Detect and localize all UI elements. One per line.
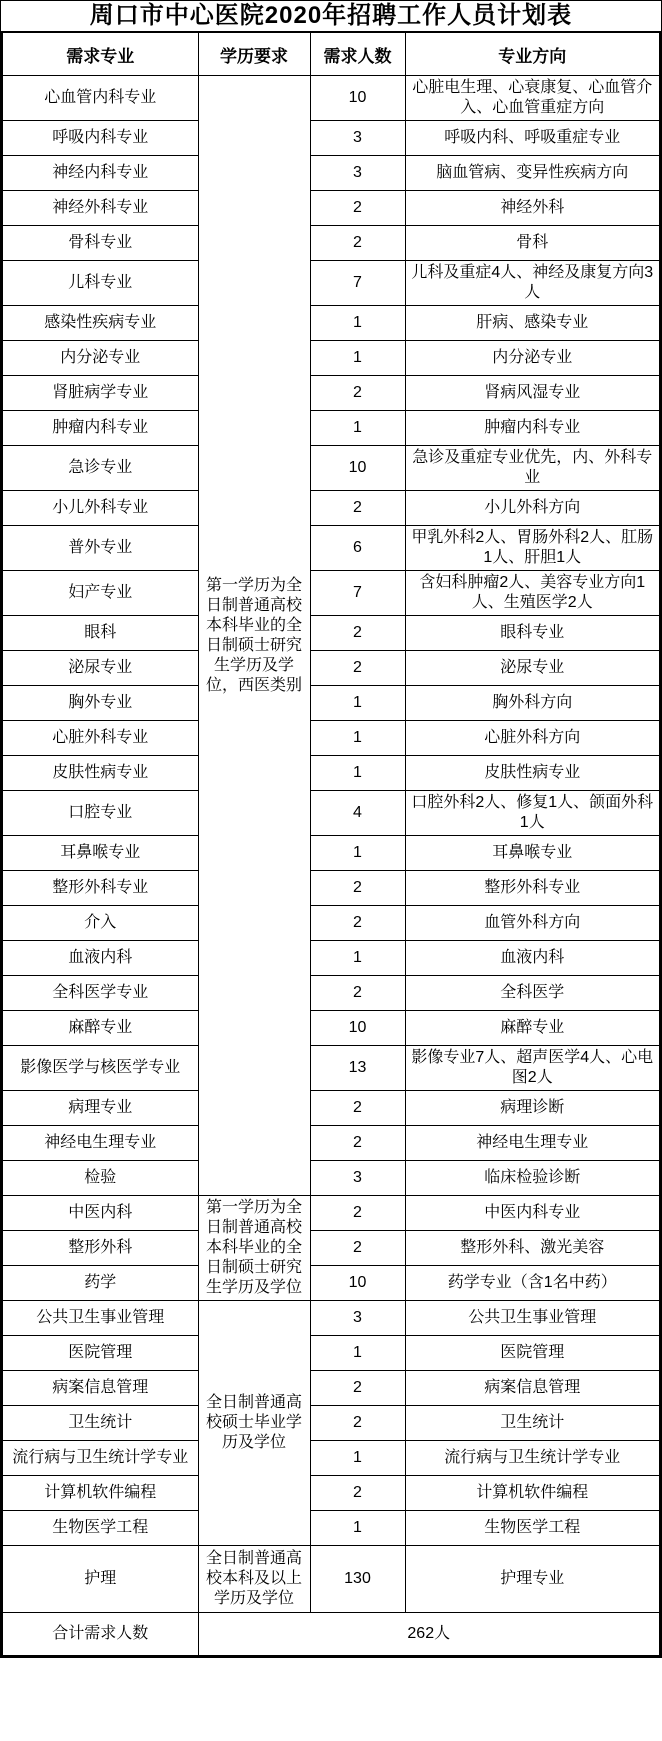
direction-cell: 神经外科	[405, 191, 660, 226]
direction-cell: 儿科及重症4人、神经及康复方向3人	[405, 261, 660, 306]
table-row: 病案信息管理2病案信息管理	[2, 1371, 660, 1406]
count-cell: 10	[310, 1011, 405, 1046]
table-row: 影像医学与核医学专业13影像专业7人、超声医学4人、心电图2人	[2, 1046, 660, 1091]
direction-cell: 临床检验诊断	[405, 1161, 660, 1196]
recruitment-plan-document: 周口市中心医院2020年招聘工作人员计划表 需求专业 学历要求 需求人数 专业方…	[0, 0, 662, 1658]
table-row: 耳鼻喉专业1耳鼻喉专业	[2, 836, 660, 871]
table-row: 神经内科专业3脑血管病、变异性疾病方向	[2, 156, 660, 191]
table-row: 感染性疾病专业1肝病、感染专业	[2, 306, 660, 341]
table-row: 介入2血管外科方向	[2, 906, 660, 941]
table-row: 整形外科专业2整形外科专业	[2, 871, 660, 906]
specialty-cell: 胸外专业	[2, 686, 198, 721]
column-header-education: 学历要求	[198, 32, 310, 76]
direction-cell: 病理诊断	[405, 1091, 660, 1126]
total-row: 合计需求人数 262人	[2, 1613, 660, 1657]
table-row: 流行病与卫生统计学专业1流行病与卫生统计学专业	[2, 1441, 660, 1476]
table-row: 神经电生理专业2神经电生理专业	[2, 1126, 660, 1161]
specialty-cell: 生物医学工程	[2, 1511, 198, 1546]
direction-cell: 耳鼻喉专业	[405, 836, 660, 871]
direction-cell: 中医内科专业	[405, 1196, 660, 1231]
table-row: 呼吸内科专业3呼吸内科、呼吸重症专业	[2, 121, 660, 156]
direction-cell: 血液内科	[405, 941, 660, 976]
specialty-cell: 血液内科	[2, 941, 198, 976]
count-cell: 1	[310, 941, 405, 976]
specialty-cell: 检验	[2, 1161, 198, 1196]
count-cell: 1	[310, 686, 405, 721]
direction-cell: 药学专业（含1名中药）	[405, 1266, 660, 1301]
specialty-cell: 耳鼻喉专业	[2, 836, 198, 871]
specialty-cell: 神经电生理专业	[2, 1126, 198, 1161]
count-cell: 2	[310, 491, 405, 526]
count-cell: 1	[310, 836, 405, 871]
table-row: 急诊专业10急诊及重症专业优先，内、外科专业	[2, 446, 660, 491]
direction-cell: 小儿外科方向	[405, 491, 660, 526]
specialty-cell: 心血管内科专业	[2, 76, 198, 121]
specialty-cell: 神经外科专业	[2, 191, 198, 226]
specialty-cell: 整形外科专业	[2, 871, 198, 906]
table-row: 胸外专业1胸外科方向	[2, 686, 660, 721]
count-cell: 2	[310, 976, 405, 1011]
education-cell: 第一学历为全日制普通高校本科毕业的全日制硕士研究生学历及学位，西医类别	[198, 76, 310, 1196]
table-row: 医院管理1医院管理	[2, 1336, 660, 1371]
specialty-cell: 儿科专业	[2, 261, 198, 306]
direction-cell: 流行病与卫生统计学专业	[405, 1441, 660, 1476]
specialty-cell: 计算机软件编程	[2, 1476, 198, 1511]
direction-cell: 含妇科肿瘤2人、美容专业方向1人、生殖医学2人	[405, 571, 660, 616]
plan-table-header: 需求专业 学历要求 需求人数 专业方向	[2, 32, 660, 76]
direction-cell: 泌尿专业	[405, 651, 660, 686]
table-row: 儿科专业7儿科及重症4人、神经及康复方向3人	[2, 261, 660, 306]
specialty-cell: 小儿外科专业	[2, 491, 198, 526]
table-row: 皮肤性病专业1皮肤性病专业	[2, 756, 660, 791]
specialty-cell: 神经内科专业	[2, 156, 198, 191]
table-row: 内分泌专业1内分泌专业	[2, 341, 660, 376]
specialty-cell: 急诊专业	[2, 446, 198, 491]
table-row: 整形外科2整形外科、激光美容	[2, 1231, 660, 1266]
direction-cell: 病案信息管理	[405, 1371, 660, 1406]
count-cell: 2	[310, 226, 405, 261]
specialty-cell: 感染性疾病专业	[2, 306, 198, 341]
specialty-cell: 骨科专业	[2, 226, 198, 261]
count-cell: 1	[310, 411, 405, 446]
count-cell: 3	[310, 156, 405, 191]
table-row: 药学10药学专业（含1名中药）	[2, 1266, 660, 1301]
education-cell: 第一学历为全日制普通高校本科毕业的全日制硕士研究生学历及学位	[198, 1196, 310, 1301]
table-row: 中医内科第一学历为全日制普通高校本科毕业的全日制硕士研究生学历及学位2中医内科专…	[2, 1196, 660, 1231]
specialty-cell: 介入	[2, 906, 198, 941]
table-row: 妇产专业7含妇科肿瘤2人、美容专业方向1人、生殖医学2人	[2, 571, 660, 616]
specialty-cell: 呼吸内科专业	[2, 121, 198, 156]
education-cell: 全日制普通高校本科及以上学历及学位	[198, 1546, 310, 1613]
count-cell: 2	[310, 871, 405, 906]
specialty-cell: 医院管理	[2, 1336, 198, 1371]
direction-cell: 全科医学	[405, 976, 660, 1011]
specialty-cell: 公共卫生事业管理	[2, 1301, 198, 1336]
table-row: 公共卫生事业管理全日制普通高校硕士毕业学历及学位3公共卫生事业管理	[2, 1301, 660, 1336]
count-cell: 3	[310, 1161, 405, 1196]
count-cell: 4	[310, 791, 405, 836]
direction-cell: 整形外科、激光美容	[405, 1231, 660, 1266]
count-cell: 1	[310, 341, 405, 376]
count-cell: 1	[310, 1441, 405, 1476]
table-row: 心血管内科专业第一学历为全日制普通高校本科毕业的全日制硕士研究生学历及学位，西医…	[2, 76, 660, 121]
direction-cell: 整形外科专业	[405, 871, 660, 906]
direction-cell: 内分泌专业	[405, 341, 660, 376]
direction-cell: 血管外科方向	[405, 906, 660, 941]
count-cell: 2	[310, 1476, 405, 1511]
table-row: 泌尿专业2泌尿专业	[2, 651, 660, 686]
count-cell: 2	[310, 1371, 405, 1406]
count-cell: 2	[310, 616, 405, 651]
count-cell: 10	[310, 76, 405, 121]
count-cell: 130	[310, 1546, 405, 1613]
direction-cell: 肿瘤内科专业	[405, 411, 660, 446]
direction-cell: 肾病风湿专业	[405, 376, 660, 411]
count-cell: 2	[310, 651, 405, 686]
count-cell: 13	[310, 1046, 405, 1091]
specialty-cell: 整形外科	[2, 1231, 198, 1266]
specialty-cell: 心脏外科专业	[2, 721, 198, 756]
specialty-cell: 肿瘤内科专业	[2, 411, 198, 446]
specialty-cell: 影像医学与核医学专业	[2, 1046, 198, 1091]
specialty-cell: 妇产专业	[2, 571, 198, 616]
column-header-specialty: 需求专业	[2, 32, 198, 76]
count-cell: 3	[310, 121, 405, 156]
specialty-cell: 口腔专业	[2, 791, 198, 836]
direction-cell: 肝病、感染专业	[405, 306, 660, 341]
count-cell: 1	[310, 756, 405, 791]
plan-table-body: 心血管内科专业第一学历为全日制普通高校本科毕业的全日制硕士研究生学历及学位，西医…	[2, 76, 660, 1613]
table-row: 生物医学工程1生物医学工程	[2, 1511, 660, 1546]
specialty-cell: 流行病与卫生统计学专业	[2, 1441, 198, 1476]
count-cell: 2	[310, 906, 405, 941]
direction-cell: 呼吸内科、呼吸重症专业	[405, 121, 660, 156]
table-row: 肾脏病学专业2肾病风湿专业	[2, 376, 660, 411]
page-title: 周口市中心医院2020年招聘工作人员计划表	[1, 1, 661, 31]
count-cell: 2	[310, 1091, 405, 1126]
table-row: 眼科2眼科专业	[2, 616, 660, 651]
direction-cell: 公共卫生事业管理	[405, 1301, 660, 1336]
direction-cell: 口腔外科2人、修复1人、颌面外科1人	[405, 791, 660, 836]
column-header-direction: 专业方向	[405, 32, 660, 76]
table-row: 麻醉专业10麻醉专业	[2, 1011, 660, 1046]
direction-cell: 甲乳外科2人、胃肠外科2人、肛肠1人、肝胆1人	[405, 526, 660, 571]
table-row: 心脏外科专业1心脏外科方向	[2, 721, 660, 756]
specialty-cell: 病理专业	[2, 1091, 198, 1126]
direction-cell: 骨科	[405, 226, 660, 261]
total-label-cell: 合计需求人数	[2, 1613, 198, 1657]
specialty-cell: 药学	[2, 1266, 198, 1301]
direction-cell: 医院管理	[405, 1336, 660, 1371]
count-cell: 7	[310, 261, 405, 306]
specialty-cell: 肾脏病学专业	[2, 376, 198, 411]
count-cell: 10	[310, 1266, 405, 1301]
direction-cell: 神经电生理专业	[405, 1126, 660, 1161]
direction-cell: 卫生统计	[405, 1406, 660, 1441]
count-cell: 7	[310, 571, 405, 616]
direction-cell: 护理专业	[405, 1546, 660, 1613]
specialty-cell: 中医内科	[2, 1196, 198, 1231]
direction-cell: 胸外科方向	[405, 686, 660, 721]
count-cell: 2	[310, 376, 405, 411]
specialty-cell: 内分泌专业	[2, 341, 198, 376]
specialty-cell: 卫生统计	[2, 1406, 198, 1441]
specialty-cell: 眼科	[2, 616, 198, 651]
education-cell: 全日制普通高校硕士毕业学历及学位	[198, 1301, 310, 1546]
direction-cell: 麻醉专业	[405, 1011, 660, 1046]
specialty-cell: 皮肤性病专业	[2, 756, 198, 791]
specialty-cell: 普外专业	[2, 526, 198, 571]
count-cell: 1	[310, 1336, 405, 1371]
direction-cell: 急诊及重症专业优先，内、外科专业	[405, 446, 660, 491]
direction-cell: 眼科专业	[405, 616, 660, 651]
direction-cell: 脑血管病、变异性疾病方向	[405, 156, 660, 191]
specialty-cell: 麻醉专业	[2, 1011, 198, 1046]
table-row: 护理全日制普通高校本科及以上学历及学位130护理专业	[2, 1546, 660, 1613]
count-cell: 2	[310, 1126, 405, 1161]
table-row: 检验3临床检验诊断	[2, 1161, 660, 1196]
table-row: 骨科专业2骨科	[2, 226, 660, 261]
specialty-cell: 泌尿专业	[2, 651, 198, 686]
count-cell: 2	[310, 1406, 405, 1441]
count-cell: 1	[310, 721, 405, 756]
specialty-cell: 护理	[2, 1546, 198, 1613]
count-cell: 10	[310, 446, 405, 491]
table-row: 口腔专业4口腔外科2人、修复1人、颌面外科1人	[2, 791, 660, 836]
table-row: 神经外科专业2神经外科	[2, 191, 660, 226]
count-cell: 2	[310, 1231, 405, 1266]
direction-cell: 计算机软件编程	[405, 1476, 660, 1511]
total-value-cell: 262人	[198, 1613, 660, 1657]
specialty-cell: 全科医学专业	[2, 976, 198, 1011]
table-row: 病理专业2病理诊断	[2, 1091, 660, 1126]
count-cell: 2	[310, 191, 405, 226]
table-row: 小儿外科专业2小儿外科方向	[2, 491, 660, 526]
direction-cell: 生物医学工程	[405, 1511, 660, 1546]
table-row: 全科医学专业2全科医学	[2, 976, 660, 1011]
count-cell: 1	[310, 1511, 405, 1546]
table-row: 血液内科1血液内科	[2, 941, 660, 976]
plan-table: 需求专业 学历要求 需求人数 专业方向 心血管内科专业第一学历为全日制普通高校本…	[1, 31, 661, 1657]
direction-cell: 心脏电生理、心衰康复、心血管介入、心血管重症方向	[405, 76, 660, 121]
count-cell: 6	[310, 526, 405, 571]
direction-cell: 影像专业7人、超声医学4人、心电图2人	[405, 1046, 660, 1091]
table-row: 计算机软件编程2计算机软件编程	[2, 1476, 660, 1511]
table-row: 卫生统计2卫生统计	[2, 1406, 660, 1441]
direction-cell: 心脏外科方向	[405, 721, 660, 756]
direction-cell: 皮肤性病专业	[405, 756, 660, 791]
count-cell: 2	[310, 1196, 405, 1231]
count-cell: 1	[310, 306, 405, 341]
count-cell: 3	[310, 1301, 405, 1336]
column-header-count: 需求人数	[310, 32, 405, 76]
table-row: 普外专业6甲乳外科2人、胃肠外科2人、肛肠1人、肝胆1人	[2, 526, 660, 571]
plan-table-footer: 合计需求人数 262人	[2, 1613, 660, 1657]
table-row: 肿瘤内科专业1肿瘤内科专业	[2, 411, 660, 446]
specialty-cell: 病案信息管理	[2, 1371, 198, 1406]
header-row: 需求专业 学历要求 需求人数 专业方向	[2, 32, 660, 76]
